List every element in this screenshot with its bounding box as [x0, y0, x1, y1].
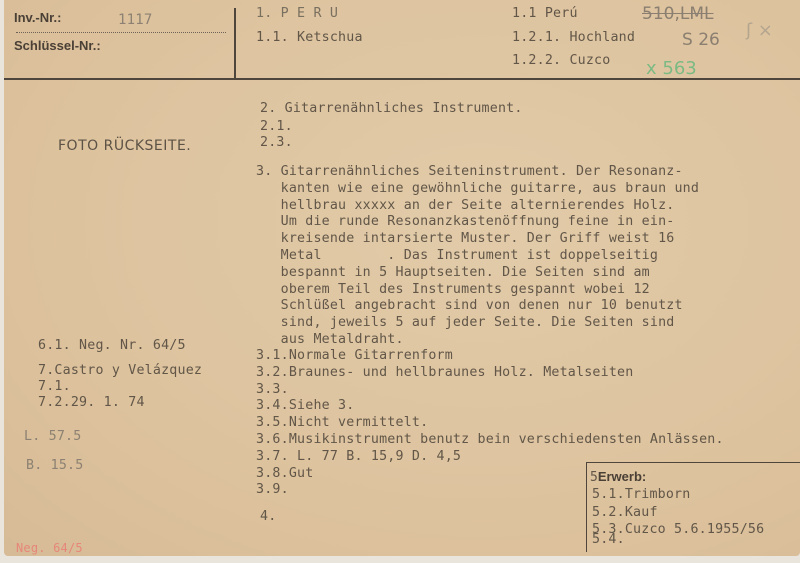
measure-width: B. 15.5: [26, 458, 83, 474]
description-line: Metal . Das Instrument ist doppelseitig: [256, 248, 658, 264]
description-line: sind, jeweils 5 auf jeder Seite. Die Sei…: [256, 315, 674, 331]
header-divider-vertical: [234, 8, 236, 78]
code-x-note: x 563: [646, 58, 697, 79]
photo-note: FOTO RÜCKSEITE.: [58, 138, 191, 154]
sub-item: 3.4.Siehe 3.: [256, 398, 354, 414]
description-line: Schlüßel angebracht sind von denen nur 1…: [256, 298, 683, 314]
sub-item: 3.7. L. 77 B. 15,9 D. 4,5: [256, 449, 461, 465]
catalog-card: Inv.-Nr.: 1117 Schlüssel-Nr.: 1. P E R U…: [4, 0, 800, 556]
acquisition-box-left: [586, 462, 587, 552]
description-line: bespannt in 5 Hauptseiten. Die Seiten si…: [256, 265, 650, 281]
description-line: Um die runde Resonanzkastenöffnung feine…: [256, 214, 674, 230]
item-4: 4.: [260, 509, 276, 525]
item-2-3: 2.3.: [260, 135, 293, 151]
inv-nr-label: Inv.-Nr.:: [14, 10, 61, 25]
country: 1. P E R U: [256, 6, 338, 22]
collector: 7.Castro y Velázquez: [38, 363, 202, 379]
sub-item: 3.8.Gut: [256, 466, 313, 482]
acquisition-title: 5Erwerb:: [590, 469, 646, 485]
sub-item: 3.1.Normale Gitarrenform: [256, 348, 453, 364]
sub-item: 3.6.Musikinstrument benutz bein verschie…: [256, 432, 724, 448]
item-7-2: 7.2.29. 1. 74: [38, 395, 145, 411]
region-1: 1.1 Perú: [512, 6, 578, 22]
key-nr-label: Schlüssel-Nr.:: [14, 38, 101, 53]
acquisition-item: 5.4.: [592, 532, 625, 548]
description-line: aus Metaldraht.: [256, 332, 404, 348]
struck-code-note: 510,LML: [642, 4, 713, 24]
inv-nr-value: 1117: [118, 12, 153, 28]
acquisition-item: 5.2.Kauf: [592, 505, 658, 521]
sub-item: 3.2.Braunes- und hellbraunes Holz. Metal…: [256, 365, 633, 381]
scribble-note: ʃ ×: [746, 20, 773, 41]
ethnic-group: 1.1. Ketschua: [256, 30, 363, 46]
region-2: 1.2.1. Hochland: [512, 30, 635, 46]
acquisition-title-number: 5: [590, 470, 598, 485]
sub-item: 3.5.Nicht vermittelt.: [256, 415, 428, 431]
neg-nr: 6.1. Neg. Nr. 64/5: [38, 338, 186, 354]
description-line: 3. Gitarrenähnliches Seiteninstrument. D…: [256, 164, 683, 180]
description-line: kreisende intarsierte Muster. Der Griff …: [256, 231, 674, 247]
sub-item: 3.3.: [256, 382, 289, 398]
item-7-1: 7.1.: [38, 379, 71, 395]
acquisition-item: 5.1.Trimborn: [592, 487, 690, 503]
acquisition-box-top: [586, 462, 800, 463]
description-line: kanten wie eine gewöhnliche guitarre, au…: [256, 181, 699, 197]
description-line: oberem Teil des Instruments gespannt wob…: [256, 282, 650, 298]
measure-length: L. 57.5: [24, 429, 81, 445]
description-line: hellbrau xxxxx an der Seite alternierend…: [256, 198, 674, 214]
code-s-note: S 26: [682, 30, 720, 50]
item-2: 2. Gitarrenähnliches Instrument.: [260, 101, 523, 117]
item-2-1: 2.1.: [260, 119, 293, 135]
sub-item: 3.9.: [256, 482, 289, 498]
acquisition-title-label: Erwerb:: [598, 469, 646, 484]
inv-nr-rule: [16, 32, 226, 33]
region-3: 1.2.2. Cuzco: [512, 53, 610, 69]
neg-stamp: Neg. 64/5: [16, 540, 83, 556]
